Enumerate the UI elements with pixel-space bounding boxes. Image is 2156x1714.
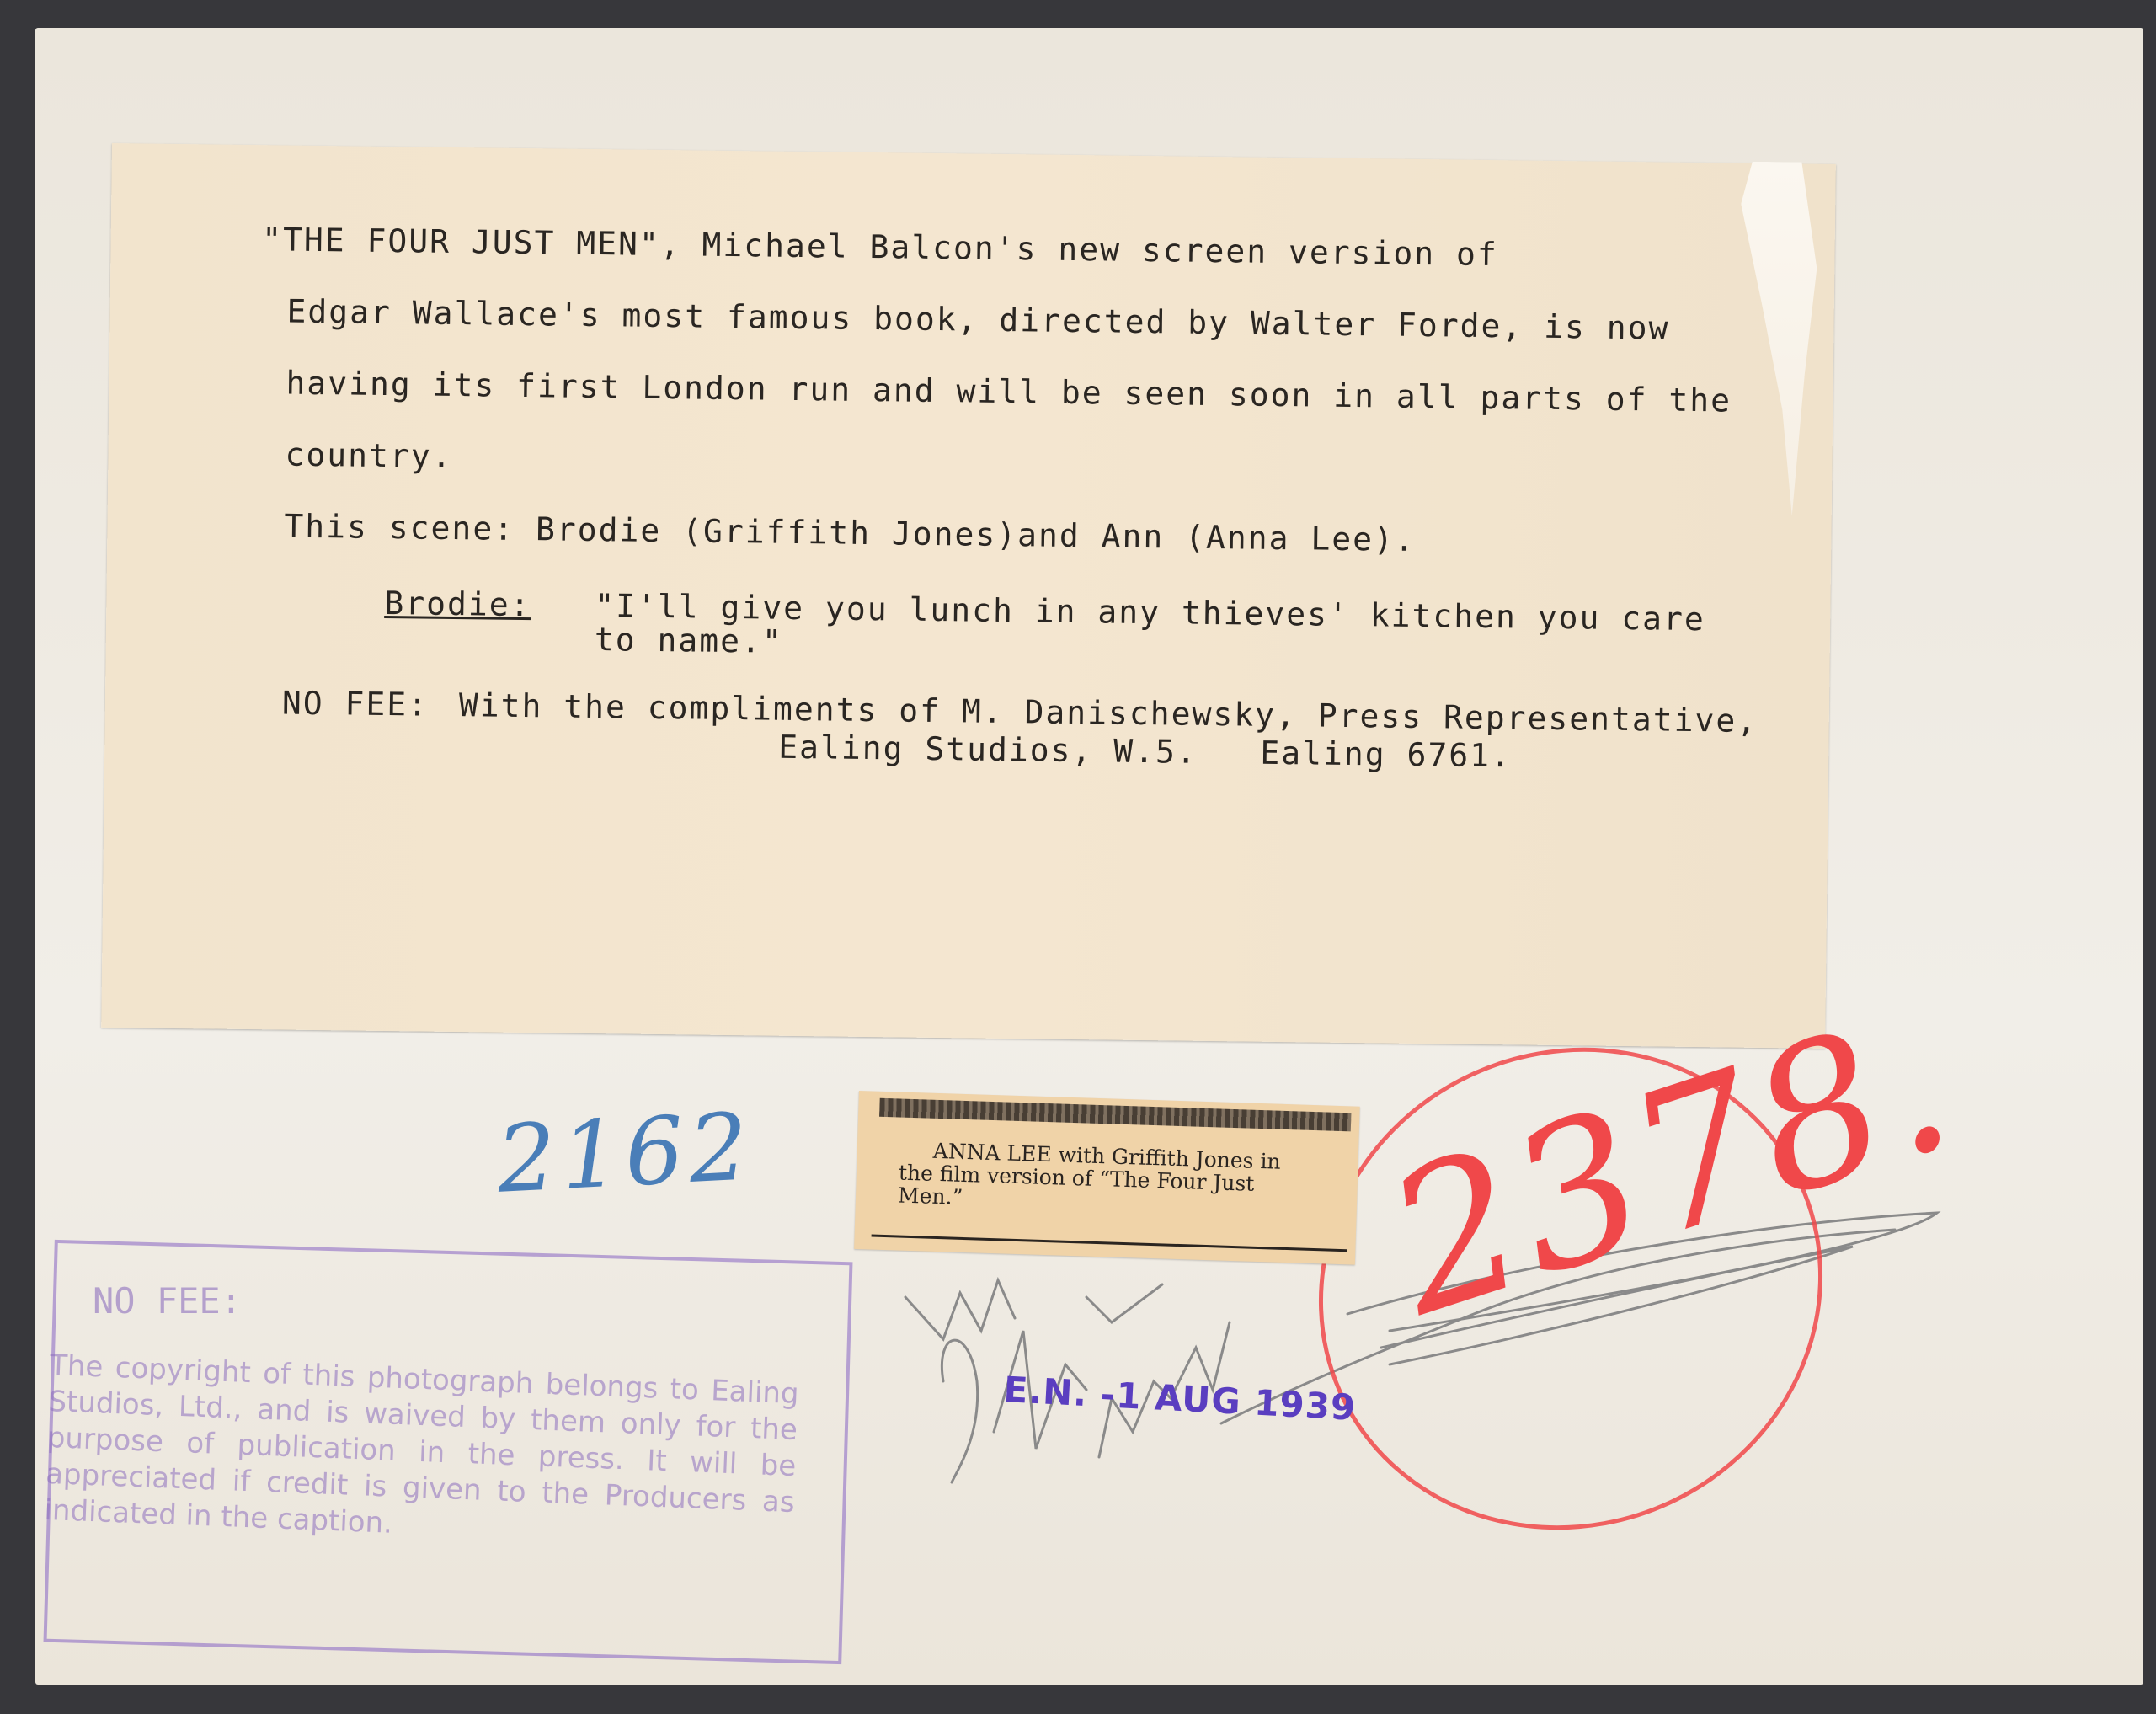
newspaper-clipping: ANNA LEE with Griffith Jones in the film… — [854, 1091, 1360, 1265]
copyright-stamp-body: The copyright of this photograph belongs… — [44, 1348, 800, 1557]
clipping-text: ANNA LEE with Griffith Jones in the film… — [898, 1139, 1329, 1220]
clipping-rule — [872, 1235, 1347, 1252]
copyright-stamp-title: NO FEE: — [93, 1280, 242, 1322]
